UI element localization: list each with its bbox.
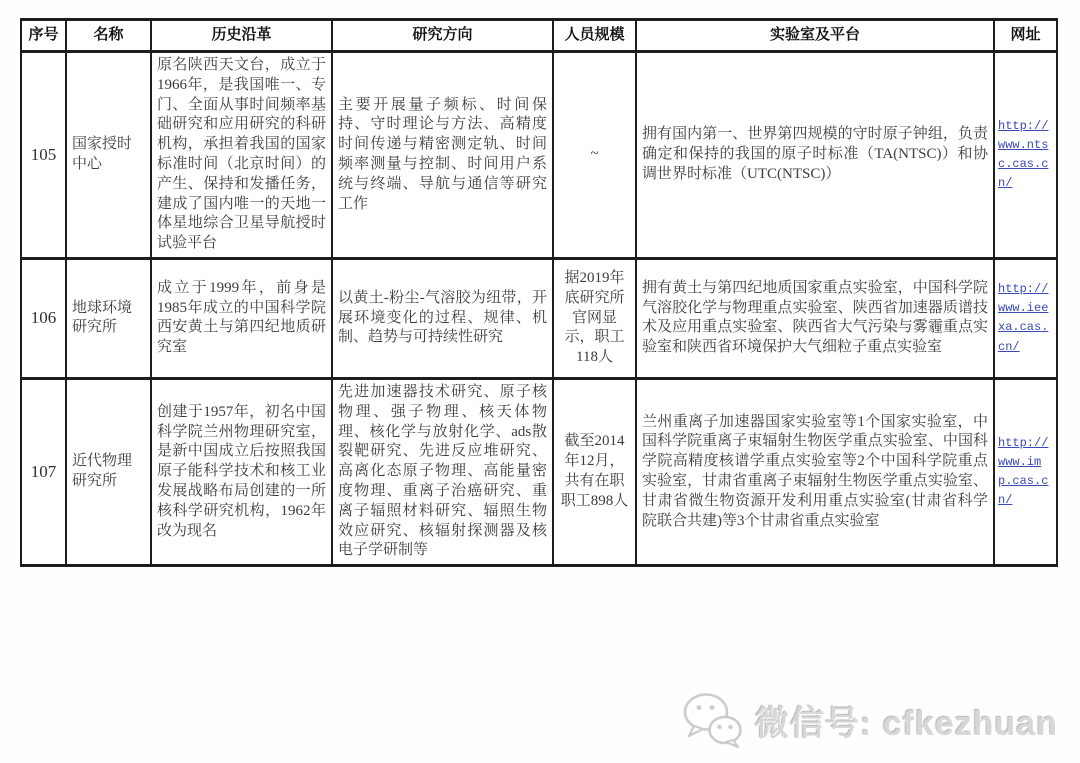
institutes-table: 序号 名称 历史沿革 研究方向 人员规模 实验室及平台 网址 105 国家授时中…	[20, 18, 1058, 567]
history-cell: 原名陕西天文台，成立于1966年，是我国唯一、专门、全面从事时间频率基础研究和应…	[151, 52, 332, 259]
serial-cell: 106	[21, 258, 66, 378]
col-header-website: 网址	[994, 20, 1057, 52]
col-header-name: 名称	[66, 20, 151, 52]
col-header-labs: 实验室及平台	[636, 20, 994, 52]
table-row-107: 107 近代物理研究所 创建于1957年，初名中国科学院兰州物理研究室，是新中国…	[21, 378, 1057, 565]
staff-cell: 据2019年底研究所官网显示，职工118人	[553, 258, 636, 378]
research-cell: 主要开展量子频标、时间保持、守时理论与方法、高精度时间传递与精密测定轨、时间频率…	[332, 52, 553, 259]
website-cell: http://www.ieexa.cas.cn/	[994, 258, 1057, 378]
research-cell: 以黄土-粉尘-气溶胶为纽带，开展环境变化的过程、规律、机制、趋势与可持续性研究	[332, 258, 553, 378]
col-header-research: 研究方向	[332, 20, 553, 52]
page: 序号 名称 历史沿革 研究方向 人员规模 实验室及平台 网址 105 国家授时中…	[0, 0, 1080, 763]
website-link[interactable]: http://www.ntsc.cas.cn/	[998, 117, 1053, 194]
labs-cell: 拥有黄土与第四纪地质国家重点实验室，中国科学院气溶胶化学与物理重点实验室、陕西省…	[636, 258, 994, 378]
watermark: 微信号: cfkezhuan	[681, 691, 1058, 749]
name-cell: 地球环境研究所	[66, 258, 151, 378]
serial-cell: 107	[21, 378, 66, 565]
labs-cell: 拥有国内第一、世界第四规模的守时原子钟组，负责确定和保持的我国的原子时标准（TA…	[636, 52, 994, 259]
labs-cell: 兰州重离子加速器国家实验室等1个国家实验室，中国科学院重离子束辐射生物医学重点实…	[636, 378, 994, 565]
table-row-106: 106 地球环境研究所 成立于1999年，前身是1985年成立的中国科学院西安黄…	[21, 258, 1057, 378]
name-cell: 国家授时中心	[66, 52, 151, 259]
wechat-icon	[681, 691, 743, 749]
col-header-serial: 序号	[21, 20, 66, 52]
website-link[interactable]: http://www.imp.cas.cn/	[998, 434, 1053, 511]
website-cell: http://www.imp.cas.cn/	[994, 378, 1057, 565]
table-row-105: 105 国家授时中心 原名陕西天文台，成立于1966年，是我国唯一、专门、全面从…	[21, 52, 1057, 259]
name-cell: 近代物理研究所	[66, 378, 151, 565]
history-cell: 成立于1999年，前身是1985年成立的中国科学院西安黄土与第四纪地质研究室	[151, 258, 332, 378]
serial-cell: 105	[21, 52, 66, 259]
col-header-staff: 人员规模	[553, 20, 636, 52]
staff-cell: ~	[553, 52, 636, 259]
watermark-label: 微信号: cfkezhuan	[755, 696, 1058, 745]
research-cell: 先进加速器技术研究、原子核物理、强子物理、核天体物理、核化学与放射化学、ads散…	[332, 378, 553, 565]
col-header-history: 历史沿革	[151, 20, 332, 52]
staff-cell: 截至2014年12月，共有在职职工898人	[553, 378, 636, 565]
header-row: 序号 名称 历史沿革 研究方向 人员规模 实验室及平台 网址	[21, 20, 1057, 52]
website-cell: http://www.ntsc.cas.cn/	[994, 52, 1057, 259]
history-cell: 创建于1957年，初名中国科学院兰州物理研究室，是新中国成立后按照我国原子能科学…	[151, 378, 332, 565]
website-link[interactable]: http://www.ieexa.cas.cn/	[998, 280, 1053, 357]
